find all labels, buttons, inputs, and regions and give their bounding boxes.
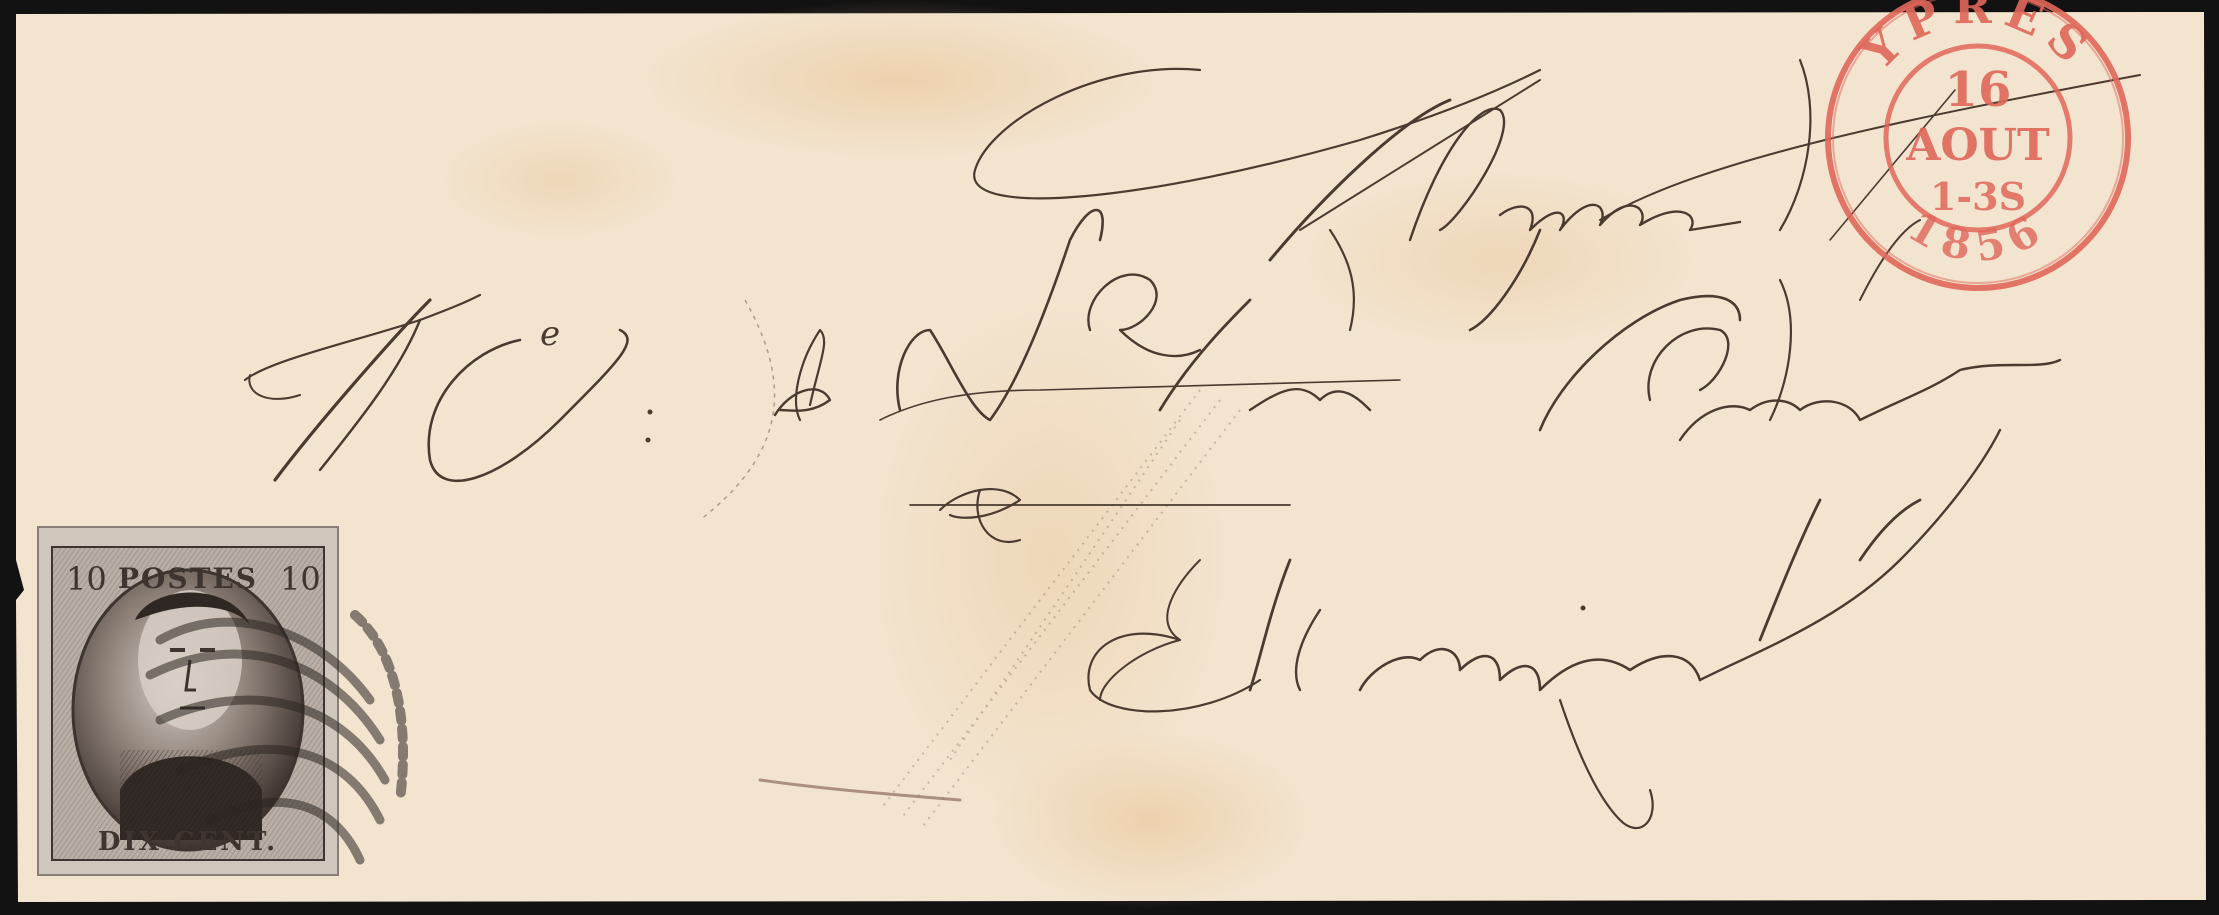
stamp-bottom-label: DIX CENT. — [98, 827, 278, 857]
superscript-e: e — [540, 314, 560, 354]
stamp-top-label: POSTES — [118, 562, 258, 595]
postmark-month: AOUT — [1905, 120, 2050, 171]
cover-scene: e — [0, 0, 2219, 915]
envelope-image: e — [0, 0, 2219, 915]
postmark-time: 1-3S — [1930, 174, 2026, 219]
postmark-day: 16 — [1945, 62, 2012, 118]
stamp-value-left: 10 — [66, 560, 107, 598]
stamp-value-right: 10 — [280, 560, 321, 598]
